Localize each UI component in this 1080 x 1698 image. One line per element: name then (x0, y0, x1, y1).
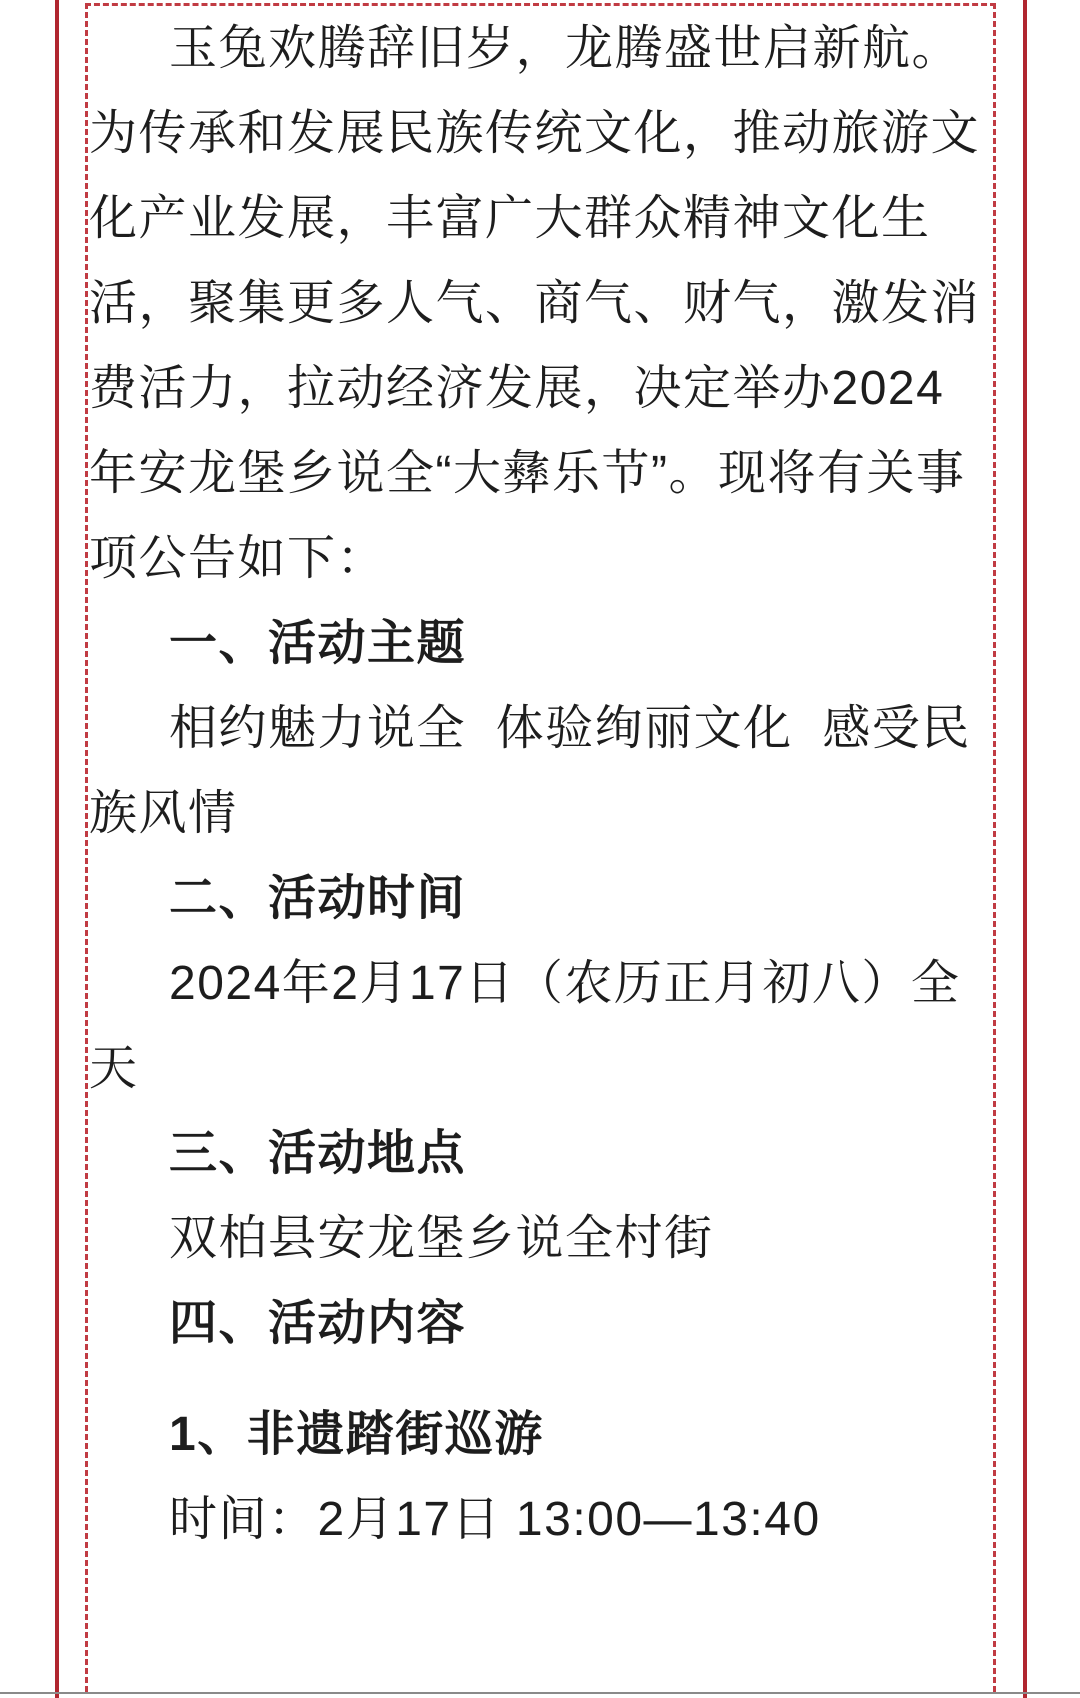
bottom-divider (0, 1692, 1080, 1694)
heading-activity-content: 四、活动内容 (89, 1281, 992, 1366)
subheading-parade: 1、非遗踏街巡游 (89, 1392, 992, 1477)
paragraph-opening: 玉兔欢腾辞旧岁，龙腾盛世启新航。为传承和发展民族传统文化，推动旅游文化产业发展，… (89, 6, 992, 601)
right-red-rail (1023, 0, 1027, 1698)
paragraph-time: 2024年2月17日（农历正月初八）全天 (89, 941, 992, 1111)
paragraph-parade-time: 时间：2月17日 13:00—13:40 (89, 1477, 992, 1562)
paragraph-theme: 相约魅力说全 体验绚丽文化 感受民族风情 (89, 686, 992, 856)
heading-activity-location: 三、活动地点 (89, 1111, 992, 1196)
heading-activity-time: 二、活动时间 (89, 856, 992, 941)
left-red-rail (55, 0, 59, 1698)
announcement-card: 玉兔欢腾辞旧岁，龙腾盛世启新航。为传承和发展民族传统文化，推动旅游文化产业发展，… (85, 3, 996, 1692)
paragraph-location: 双柏县安龙堡乡说全村街 (89, 1196, 992, 1281)
heading-activity-theme: 一、活动主题 (89, 601, 992, 686)
